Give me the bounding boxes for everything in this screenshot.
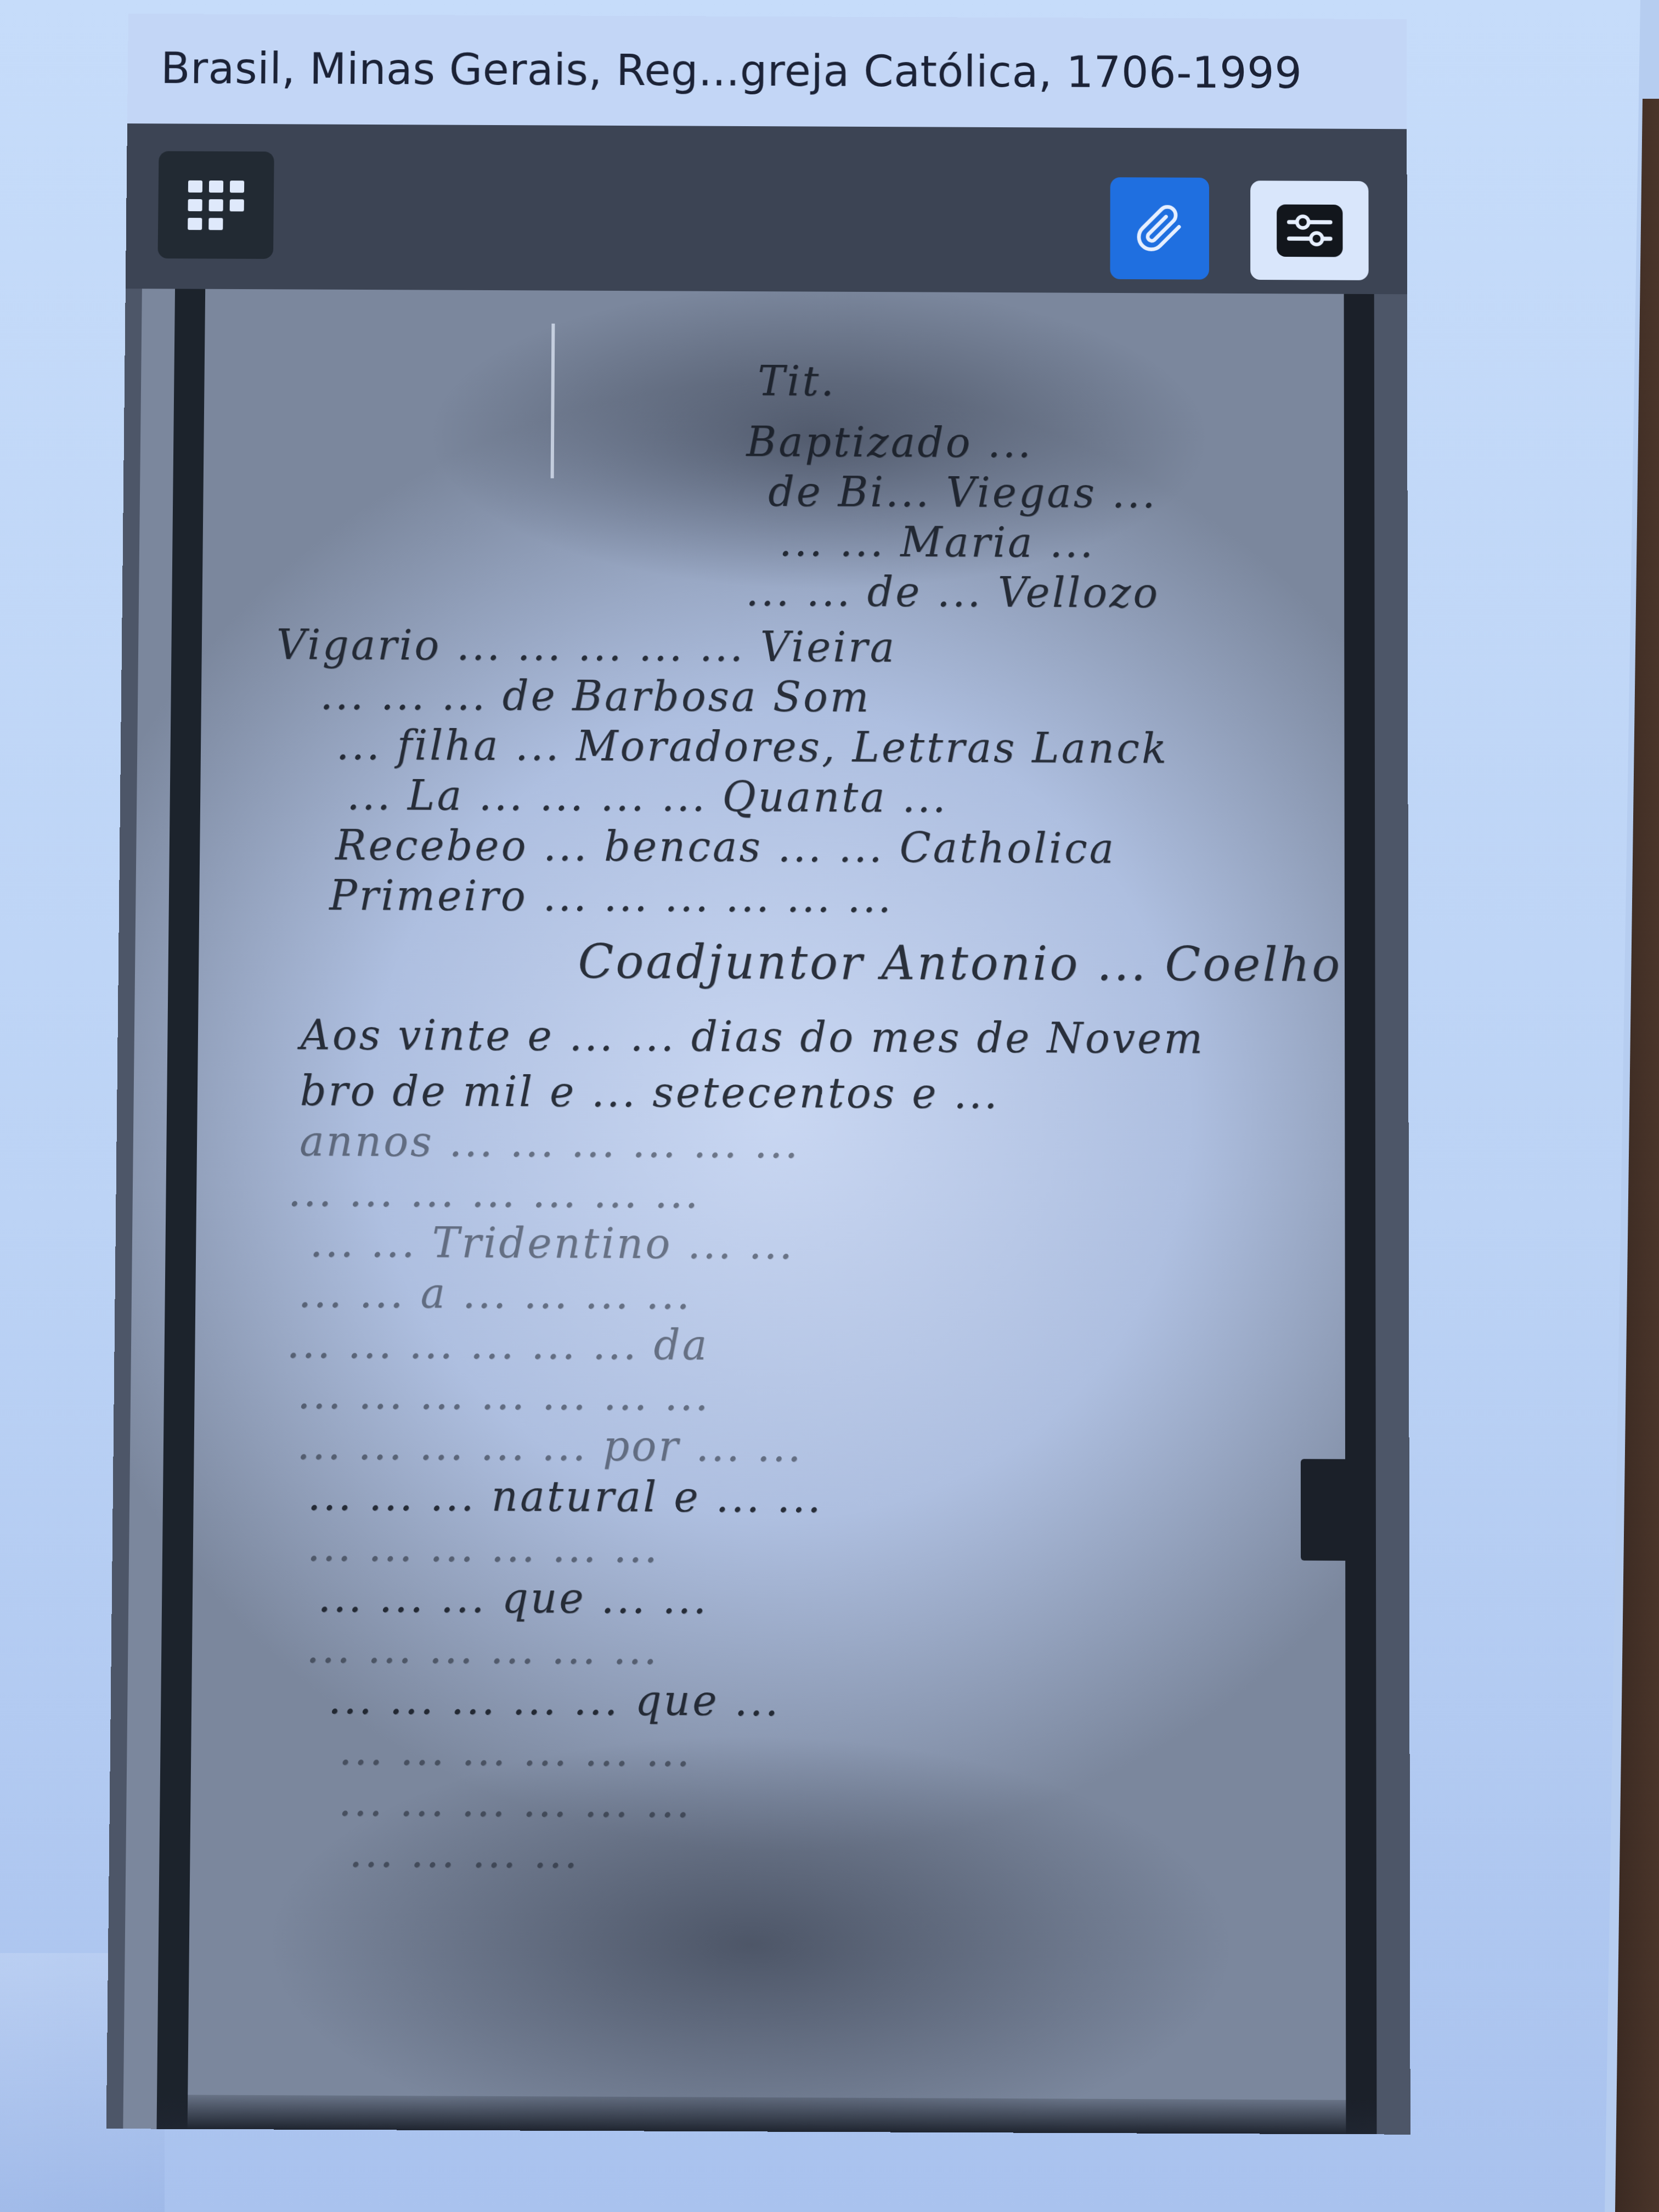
text-line: ... ... ... ... ... ... ... — [288, 1168, 701, 1218]
paperclip-icon — [1135, 204, 1184, 253]
document-scan[interactable]: Tit. Baptizado ... de Bi... Viegas ... .… — [123, 289, 1376, 2134]
text-line: ... La ... ... ... ... Quanta ... — [347, 771, 948, 822]
text-line: bro de mil e ... setecentos e ... — [300, 1067, 999, 1118]
text-line: ... ... ... de Barbosa Som — [320, 672, 871, 722]
text-line: ... ... ... ... ... ... — [338, 1777, 692, 1827]
viewer-toolbar — [126, 123, 1407, 294]
text-line: ... ... a ... ... ... ... — [298, 1269, 692, 1319]
text-line: ... ... ... ... ... ... ... — [297, 1370, 710, 1420]
handwritten-text: Tit. Baptizado ... de Bi... Viegas ... .… — [123, 289, 1376, 2134]
text-line: Vigario ... ... ... ... ... Vieira — [276, 621, 896, 672]
text-line: ... ... ... ... ... por ... ... — [297, 1421, 803, 1471]
text-line: ... ... ... ... — [349, 1828, 580, 1878]
record-viewer: Brasil, Minas Gerais, Reg...greja Católi… — [106, 14, 1410, 2135]
text-line: ... ... ... ... ... que ... — [328, 1675, 781, 1725]
text-line: ... filha ... Moradores, Lettras Lanck — [336, 721, 1169, 773]
text-line: Primeiro ... ... ... ... ... ... — [329, 872, 893, 922]
thumbnails-button[interactable] — [158, 151, 274, 259]
text-line: Baptizado ... — [746, 418, 1033, 467]
text-line: de Bi... Viegas ... — [768, 468, 1157, 517]
text-line: ... ... de ... Vellozo — [746, 568, 1160, 617]
title-bar: Brasil, Minas Gerais, Reg...greja Católi… — [127, 14, 1407, 129]
text-line: ... ... ... natural e ... ... — [307, 1471, 823, 1522]
image-viewer[interactable]: Tit. Baptizado ... de Bi... Viegas ... .… — [106, 289, 1410, 2135]
text-line: ... ... Tridentino ... ... — [309, 1218, 794, 1269]
text-line: annos ... ... ... ... ... ... — [300, 1118, 800, 1168]
text-line: ... ... ... ... ... ... — [306, 1624, 659, 1674]
text-line: ... ... ... que ... ... — [318, 1573, 708, 1623]
text-line: Recebeo ... bencas ... ... Catholica — [335, 821, 1116, 873]
grid-icon — [188, 180, 244, 230]
text-line: ... ... ... ... ... ... — [338, 1726, 692, 1776]
signature-line: Coadjuntor Antonio ... Coelho — [578, 934, 1342, 992]
text-line: ... ... Maria ... — [779, 518, 1095, 567]
text-line: Tit. — [758, 358, 836, 405]
text-line: ... ... ... ... ... ... — [307, 1522, 660, 1572]
attach-button[interactable] — [1110, 177, 1209, 279]
collection-title: Brasil, Minas Gerais, Reg...greja Católi… — [161, 44, 1302, 98]
image-adjust-button[interactable] — [1250, 180, 1369, 280]
text-line: ... ... ... ... ... ... da — [286, 1319, 709, 1370]
sliders-icon — [1277, 204, 1342, 257]
text-line: Aos vinte e ... ... dias do mes de Novem — [300, 1011, 1205, 1063]
